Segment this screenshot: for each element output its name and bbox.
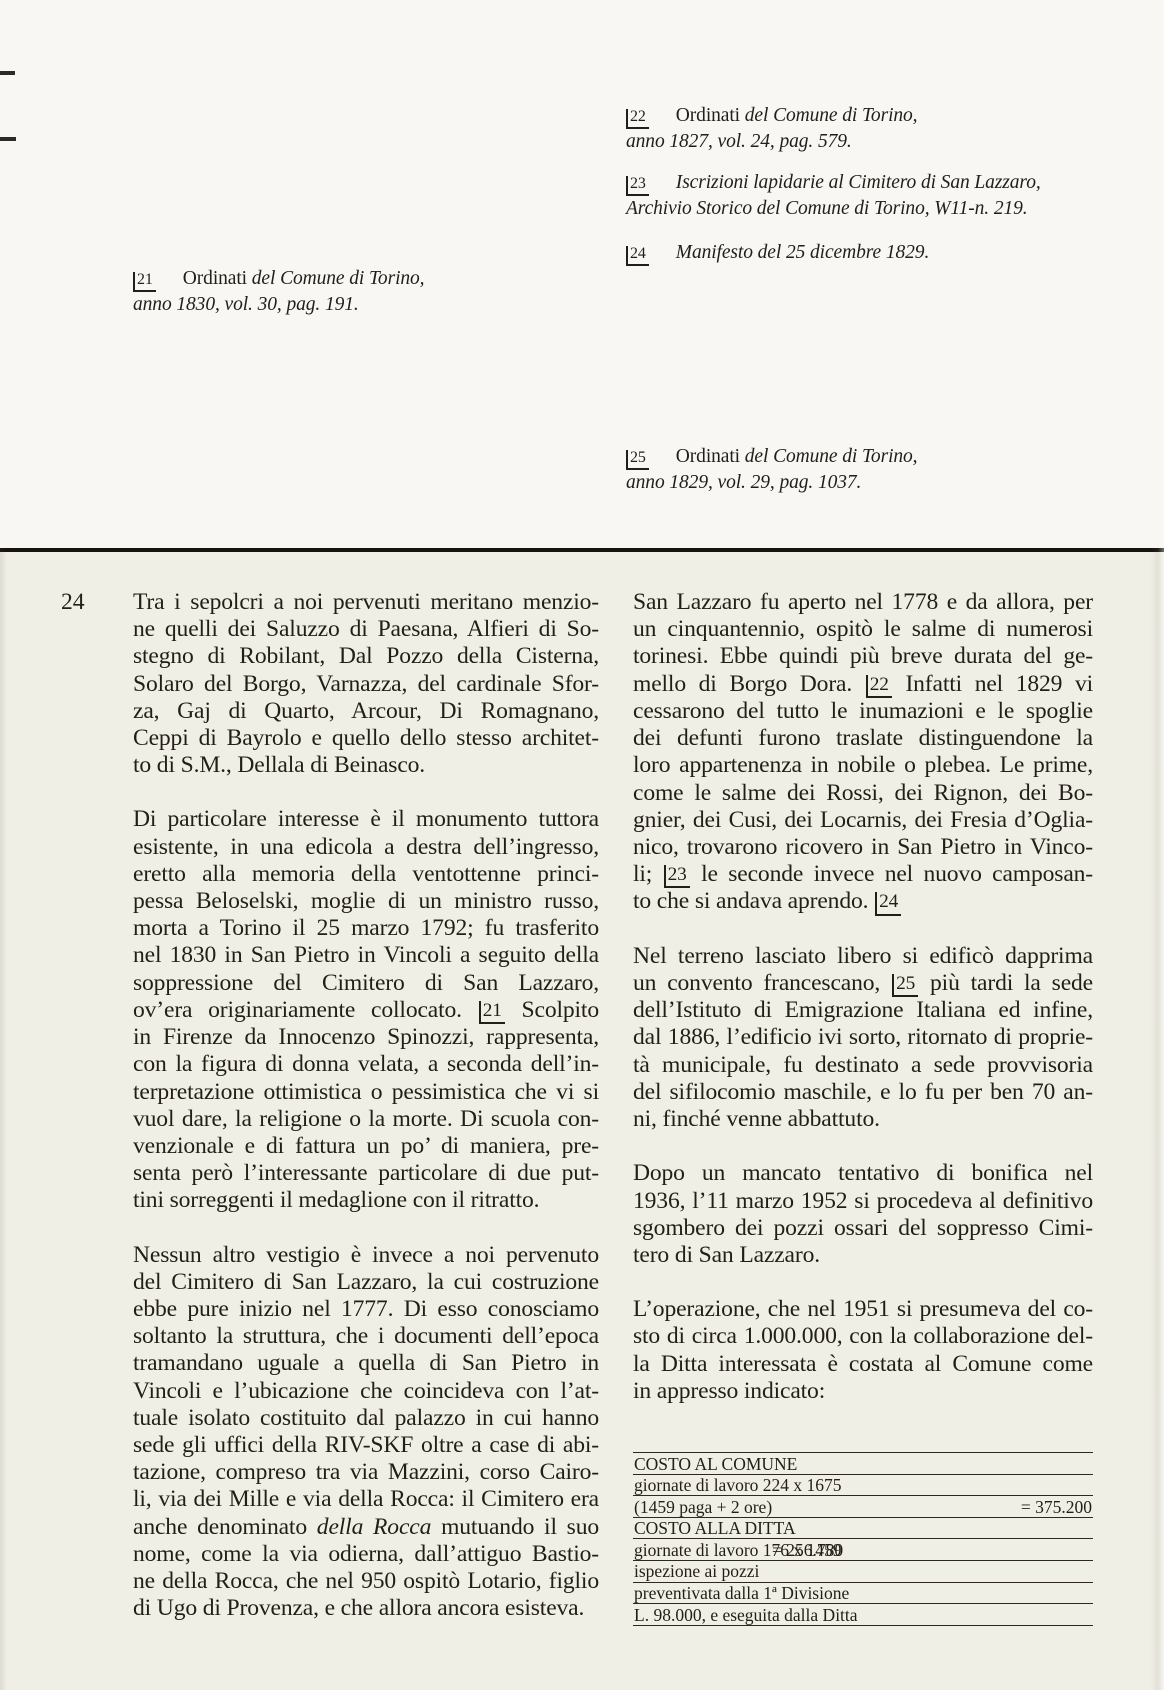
text-line: pessa Beloselski, moglie di un ministro … [133, 888, 599, 915]
paragraph: L’operazione, che nel 1951 si presumeva … [633, 1296, 1093, 1405]
text-line: anche denominato della Rocca mutuando il… [133, 1514, 599, 1541]
text-line: un convento francescano, 25 più tardi la… [633, 970, 1093, 997]
page-edge-shadow-right [1150, 548, 1164, 1690]
text-line: Vincoli e l’ubicazione che coincideva co… [133, 1378, 599, 1405]
footnote-line: 21Ordinati del Comune di Torino, [133, 266, 424, 292]
cost-table-label: ispezione ai pozzi [634, 1561, 759, 1582]
text-line: dell’Istituto di Emigrazione Italiana ed… [633, 997, 1093, 1024]
scanned-book-page: { "page_number": "24", "colors": { "ink"… [0, 0, 1164, 1690]
text-line: sede gli uffici della RIV-SKF oltre a ca… [133, 1432, 599, 1459]
text-line: 1936, l’11 marzo 1952 si procedeva al de… [633, 1188, 1093, 1215]
text-line: ebbe pure inizio nel 1777. Di esso conos… [133, 1296, 599, 1323]
text-line: dal 1886, l’edificio ivi sorto, ritornat… [633, 1024, 1093, 1051]
text-line: sto di circa 1.000.000, con la collabora… [633, 1323, 1093, 1350]
page-number: 24 [61, 589, 85, 616]
footnote-marker-icon: 22 [626, 109, 649, 129]
text-line: con la figura di donna velata, a seconda… [133, 1051, 599, 1078]
text-line: vuol dare, la religione o la morte. Di s… [133, 1106, 599, 1133]
text-line: venzionale e di fattura un po’ di manier… [133, 1133, 599, 1160]
footnote-marker-icon: 23 [664, 865, 690, 888]
text-line: nome, come la via odierna, dall’attiguo … [133, 1541, 599, 1568]
text-line: torinesi. Ebbe quindi più breve durata d… [633, 643, 1093, 670]
cost-table-row: L. 98.000, e eseguita dalla Ditta [633, 1603, 1093, 1625]
footnote-25: 25Ordinati del Comune di Torino,anno 182… [626, 444, 917, 495]
footnote-21: 21Ordinati del Comune di Torino,anno 183… [133, 266, 424, 317]
text-line: ne quelli dei Saluzzo di Paesana, Alfier… [133, 616, 599, 643]
section-divider-rule [0, 548, 1164, 552]
text-line: di Ugo di Provenza, e che allora ancora … [133, 1595, 599, 1622]
text-line: za, Gaj di Quarto, Arcour, Di Romagnano, [133, 698, 599, 725]
footnote-marker-icon: 21 [133, 272, 156, 292]
cost-table-value: = 375.200 [1021, 1497, 1092, 1518]
cost-table-row: giornate di lavoro 176 x 1459= 256.780 [633, 1538, 1093, 1560]
text-line: Nessun altro vestigio è invece a noi per… [133, 1242, 599, 1269]
text-line: dei defunti furono traslate distinguendo… [633, 725, 1093, 752]
page-edge-shadow-left [0, 548, 7, 1690]
text-line: in appresso indicato: [633, 1378, 1093, 1405]
text-line: li, via dei Mille e via della Rocca: il … [133, 1486, 599, 1513]
text-line: gnier, dei Cusi, dei Locarnis, dei Fresi… [633, 807, 1093, 834]
text-line: tazione, compreso tra via Mazzini, corso… [133, 1459, 599, 1486]
right-column: San Lazzaro fu aperto nel 1778 e da allo… [633, 589, 1093, 1432]
footnote-24: 24Manifesto del 25 dicembre 1829. [626, 240, 929, 266]
text-line: to di S.M., Dellala di Beinasco. [133, 752, 599, 779]
footnote-marker-icon: 24 [626, 246, 649, 266]
footnote-marker-icon: 22 [866, 675, 892, 698]
left-column: Tra i sepolcri a noi pervenuti meritano … [133, 589, 599, 1649]
text-line: mello di Borgo Dora. 22 Infatti nel 1829… [633, 671, 1093, 698]
cost-table-label: L. 98.000, e eseguita dalla Ditta [634, 1605, 858, 1626]
footnote-marker-icon: 23 [626, 176, 649, 196]
paragraph: Tra i sepolcri a noi pervenuti meritano … [133, 589, 599, 779]
text-line: L’operazione, che nel 1951 si presumeva … [633, 1296, 1093, 1323]
cost-table-label: COSTO ALLA DITTA [634, 1518, 796, 1539]
text-line: loro appartenenza in nobile o plebea. Le… [633, 752, 1093, 779]
footnote-line: anno 1827, vol. 24, pag. 579. [626, 129, 917, 154]
footnote-marker-icon: 21 [479, 1001, 505, 1024]
text-line: Di particolare interesse è il monumento … [133, 806, 599, 833]
text-line: morta a Torino il 25 marzo 1792; fu tras… [133, 915, 599, 942]
footnote-line: anno 1829, vol. 29, pag. 1037. [626, 470, 917, 495]
paragraph: San Lazzaro fu aperto nel 1778 e da allo… [633, 589, 1093, 916]
text-line: Ceppi di Bayrolo e quello dello stesso a… [133, 725, 599, 752]
paragraph: Dopo un mancato tentativo di bonifica ne… [633, 1160, 1093, 1269]
text-line: un cinquantennio, ospitò le salme di num… [633, 616, 1093, 643]
footnote-marker-icon: 24 [875, 892, 901, 915]
text-line: Solaro del Borgo, Varnazza, del cardinal… [133, 671, 599, 698]
paragraph: Nel terreno lasciato libero si edificò d… [633, 943, 1093, 1134]
text-line: nel 1830 in San Pietro in Vincoli a segu… [133, 942, 599, 969]
text-line: ov’era originariamente collocato. 21 Sco… [133, 997, 599, 1024]
cost-table: COSTO AL COMUNEgiornate di lavoro 224 x … [633, 1452, 1093, 1626]
cost-table-row: (1459 paga + 2 ore)= 375.200 [633, 1495, 1093, 1517]
text-line: soltanto la struttura, che i documenti d… [133, 1323, 599, 1350]
text-line: esistente, in una edicola a destra dell’… [133, 834, 599, 861]
text-line: nico, trovarono ricovero in San Pietro i… [633, 834, 1093, 861]
cost-table-value: = 256.780 [772, 1540, 843, 1561]
cost-table-label: preventivata dalla 1ª Divisione [634, 1583, 849, 1604]
margin-dash-icon [0, 71, 15, 75]
cost-table-label: (1459 paga + 2 ore) [634, 1497, 772, 1518]
text-line: in Firenze da Innocenzo Spinozzi, rappre… [133, 1024, 599, 1051]
cost-table-row: ispezione ai pozzi [633, 1560, 1093, 1582]
text-line: to che si andava aprendo. 24 [633, 888, 1093, 915]
cost-table-row: COSTO AL COMUNE [633, 1452, 1093, 1474]
cost-table-row: COSTO ALLA DITTA [633, 1517, 1093, 1539]
paragraph: Nessun altro vestigio è invece a noi per… [133, 1242, 599, 1623]
text-line: tero di San Lazzaro. [633, 1242, 1093, 1269]
text-line: tramandano uguale a quella di San Pietro… [133, 1350, 599, 1377]
text-line: tuale isolato costituito dal palazzo in … [133, 1405, 599, 1432]
text-line: cessarono del tutto le inumazioni e le s… [633, 698, 1093, 725]
footnote-23: 23Iscrizioni lapidarie al Cimitero di Sa… [626, 170, 1041, 221]
text-line: Nel terreno lasciato libero si edificò d… [633, 943, 1093, 970]
paragraph: Di particolare interesse è il monumento … [133, 806, 599, 1214]
text-line: la Ditta interessata è costata al Comune… [633, 1351, 1093, 1378]
text-line: ne della Rocca, che nel 950 ospitò Lotar… [133, 1568, 599, 1595]
text-line: ni, finché venne abbattuto. [633, 1106, 1093, 1133]
cost-table-label: giornate di lavoro 224 x 1675 [634, 1475, 842, 1496]
footnote-marker-icon: 25 [892, 974, 918, 997]
footnote-marker-icon: 25 [626, 450, 649, 470]
text-line: tini sorreggenti il medaglione con il ri… [133, 1187, 599, 1214]
footnote-line: Archivio Storico del Comune di Torino, W… [626, 196, 1041, 221]
footnote-line: 24Manifesto del 25 dicembre 1829. [626, 240, 929, 266]
text-line: del Cimitero di San Lazzaro, la cui cost… [133, 1269, 599, 1296]
cost-table-row: preventivata dalla 1ª Divisione [633, 1582, 1093, 1604]
text-line: Dopo un mancato tentativo di bonifica ne… [633, 1160, 1093, 1187]
footnote-22: 22Ordinati del Comune di Torino,anno 182… [626, 103, 917, 154]
text-line: sgombero dei pozzi ossari del soppresso … [633, 1215, 1093, 1242]
text-line: eretto alla memoria della ventottenne pr… [133, 861, 599, 888]
footnote-line: 25Ordinati del Comune di Torino, [626, 444, 917, 470]
text-line: San Lazzaro fu aperto nel 1778 e da allo… [633, 589, 1093, 616]
text-line: stegno di Robilant, Dal Pozzo della Cist… [133, 643, 599, 670]
cost-table-row: giornate di lavoro 224 x 1675 [633, 1474, 1093, 1496]
text-line: come le salme dei Rossi, dei Rignon, dei… [633, 780, 1093, 807]
text-line: li; 23 le seconde invece nel nuovo campo… [633, 861, 1093, 888]
margin-dash-icon [0, 137, 16, 141]
footnote-line: 23Iscrizioni lapidarie al Cimitero di Sa… [626, 170, 1041, 196]
cost-table-label: COSTO AL COMUNE [634, 1454, 797, 1475]
footnote-line: anno 1830, vol. 30, pag. 191. [133, 292, 424, 317]
text-line: senta però l’interessante particolare di… [133, 1160, 599, 1187]
text-line: terpretazione ottimistica o pessimistica… [133, 1079, 599, 1106]
text-line: Tra i sepolcri a noi pervenuti meritano … [133, 589, 599, 616]
footnote-line: 22Ordinati del Comune di Torino, [626, 103, 917, 129]
text-line: tà municipale, fu destinato a sede provv… [633, 1052, 1093, 1079]
text-line: del sifilocomio maschile, e lo fu per be… [633, 1079, 1093, 1106]
text-line: soppressione del Cimitero di San Lazzaro… [133, 970, 599, 997]
